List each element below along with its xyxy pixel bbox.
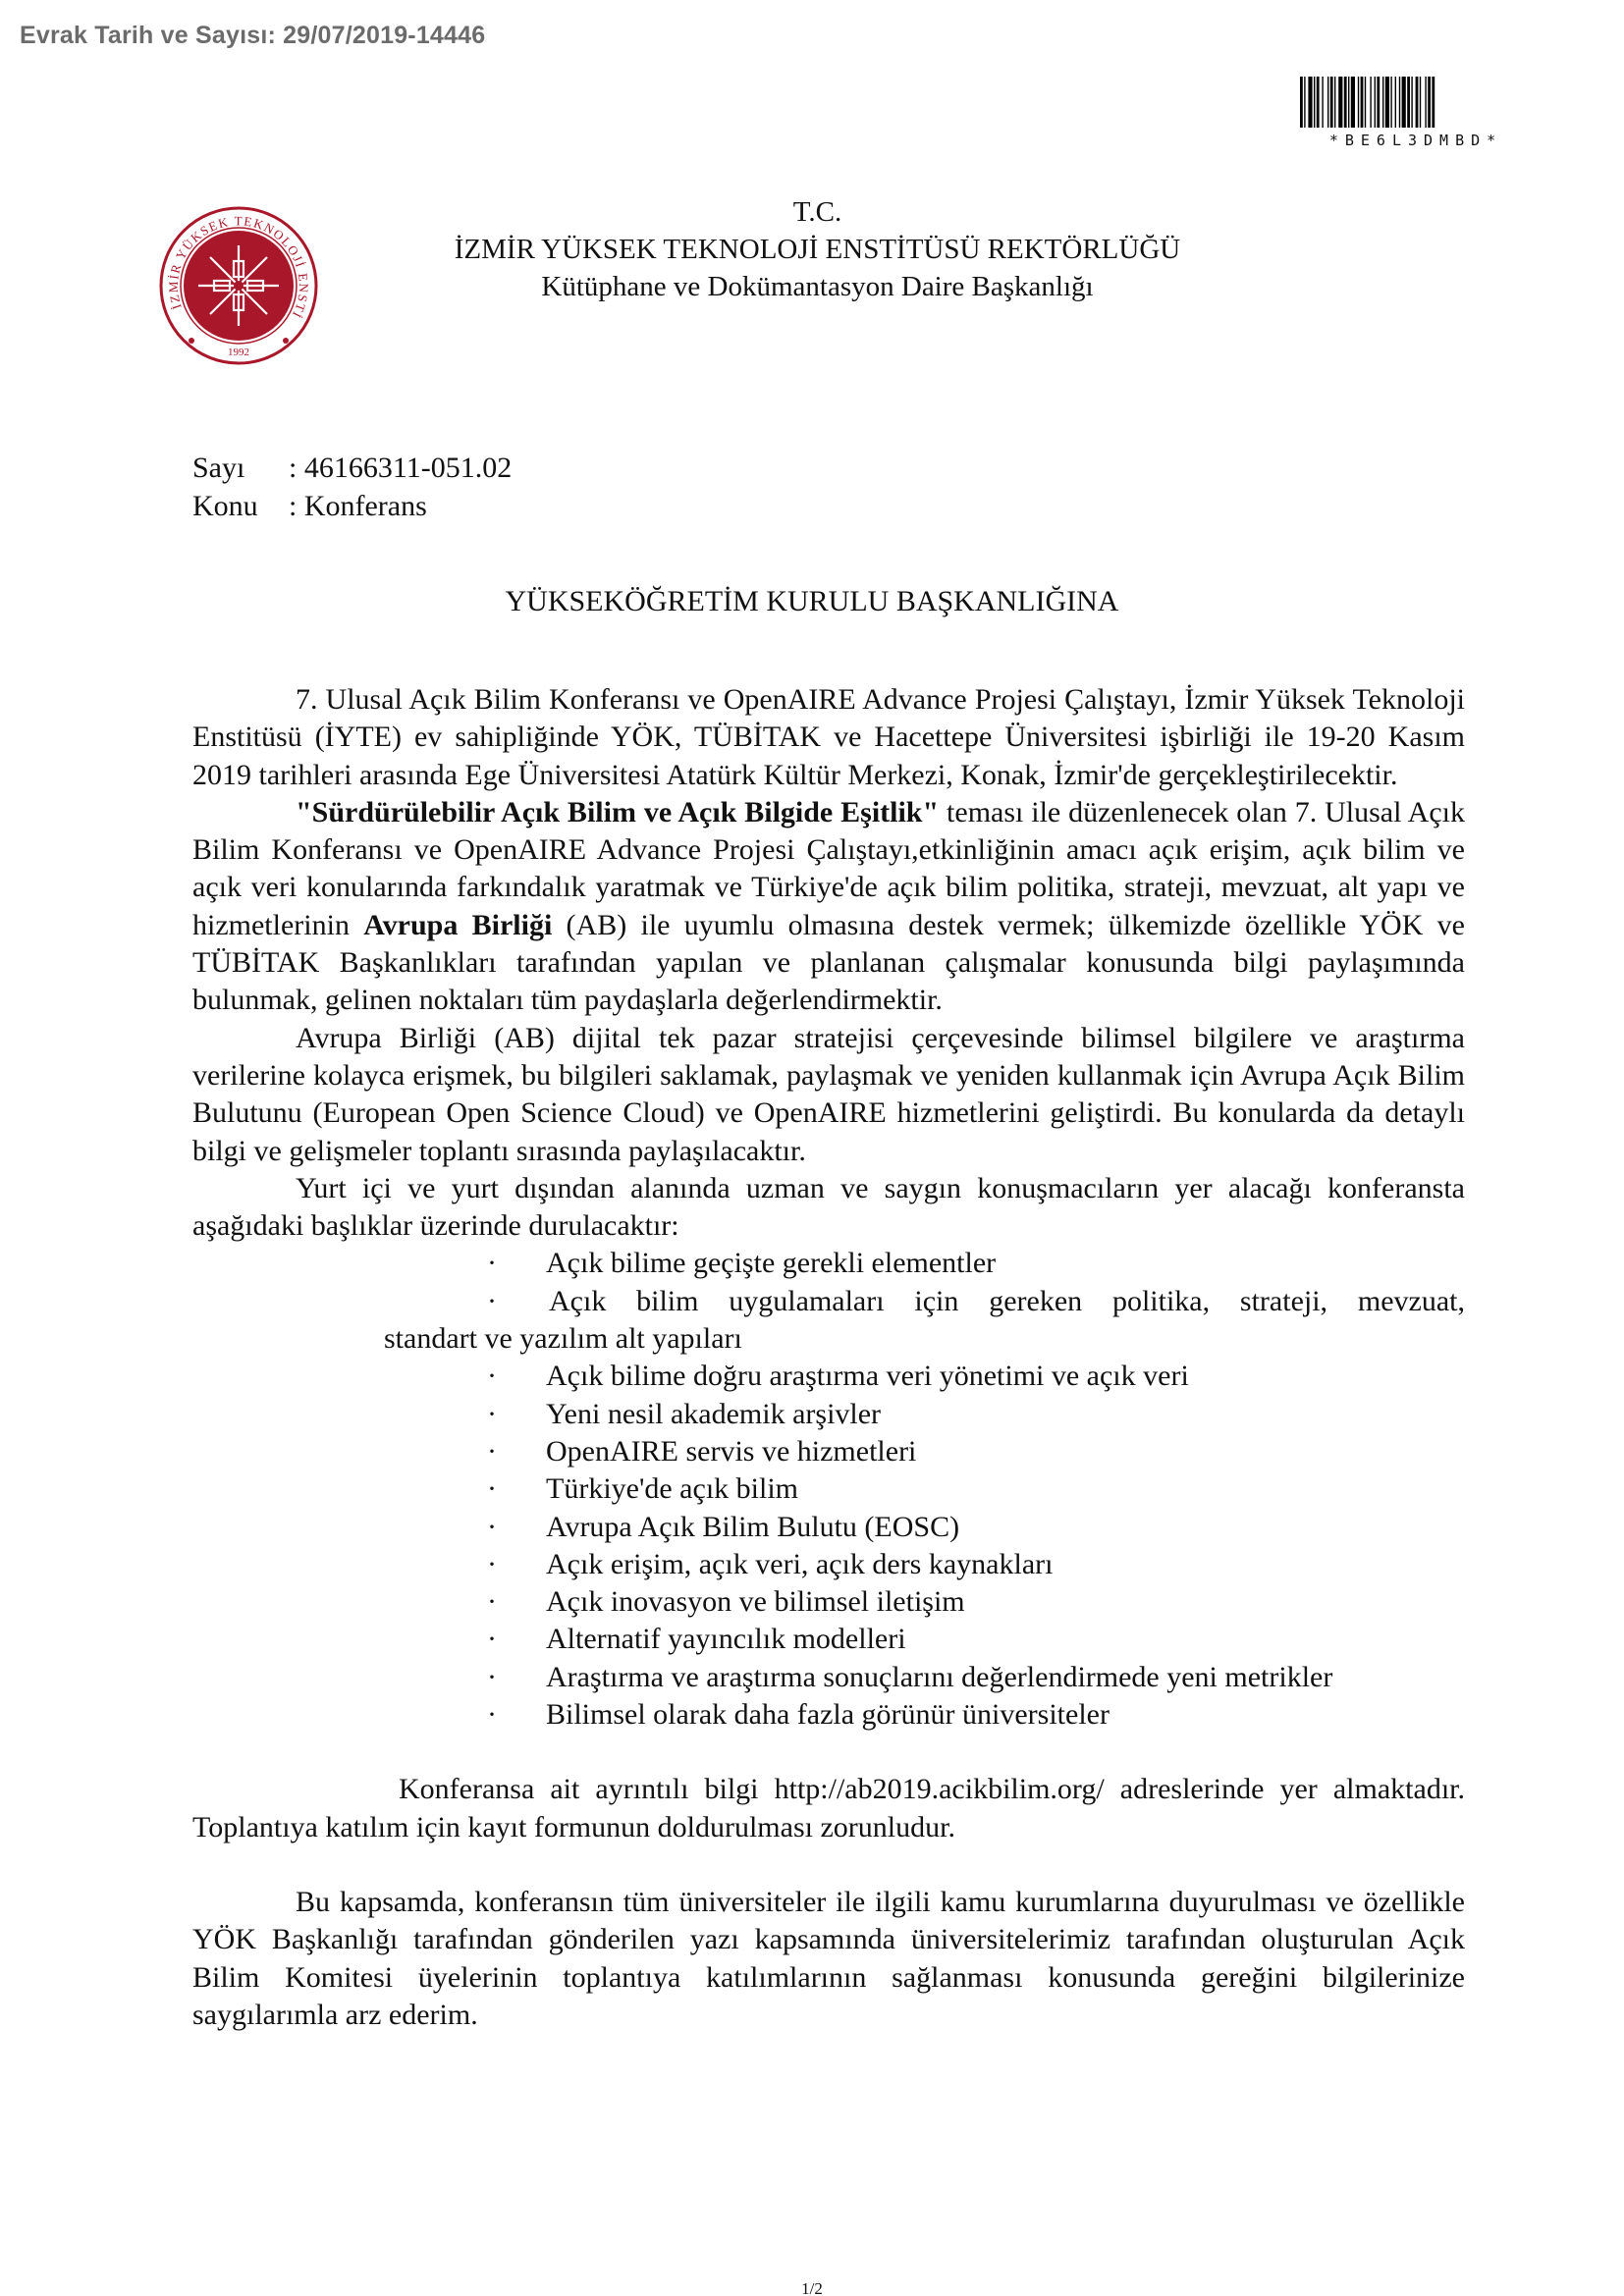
paragraph-6: Bu kapsamda, konferansın tüm üniversitel… <box>192 1884 1465 2034</box>
topic-text: OpenAIRE servis ve hizmetleri <box>546 1435 916 1468</box>
svg-text:1992: 1992 <box>228 347 249 358</box>
topic-item: ·Avrupa Açık Bilim Bulutu (EOSC) <box>487 1509 1465 1546</box>
bullet-icon: · <box>487 1546 497 1583</box>
paragraph-2: "Sürdürülebilir Açık Bilim ve Açık Bilgi… <box>192 794 1465 1020</box>
topic-text: Açık bilime doğru araştırma veri yönetim… <box>546 1360 1189 1392</box>
topic-text: Açık bilime geçişte gerekli elementler <box>546 1247 996 1279</box>
topic-item: ·Açık inovasyon ve bilimsel iletişim <box>487 1583 1465 1621</box>
page-number: 1/2 <box>0 2279 1624 2296</box>
bullet-icon: · <box>487 1433 497 1470</box>
topic-item: ·Açık bilim uygulamaları için gereken po… <box>384 1283 1465 1359</box>
bullet-icon: · <box>487 1245 497 1282</box>
document-date-number-stamp: Evrak Tarih ve Sayısı: 29/07/2019-14446 <box>20 22 485 50</box>
eu-emphasis: Avrupa Birliği <box>363 909 552 941</box>
university-seal-icon: İZMİR YÜKSEK TEKNOLOJİ ENSTİTÜSÜ 1992 <box>159 206 318 365</box>
topic-text: Açık inovasyon ve bilimsel iletişim <box>546 1585 965 1618</box>
meta-number-value: : 46166311-051.02 <box>289 452 512 484</box>
topic-item: ·Açık erişim, açık veri, açık ders kayna… <box>487 1546 1465 1583</box>
topic-item: ·Bilimsel olarak daha fazla görünür üniv… <box>487 1696 1465 1734</box>
letter-body: 7. Ulusal Açık Bilim Konferansı ve OpenA… <box>192 681 1465 2034</box>
bullet-icon: · <box>487 1470 497 1508</box>
barcode-icon <box>1298 77 1534 132</box>
header-institution: İZMİR YÜKSEK TEKNOLOJİ ENSTİTÜSÜ REKTÖRL… <box>353 231 1281 268</box>
topic-text: Alternatif yayıncılık modelleri <box>546 1623 906 1655</box>
topic-text: Avrupa Açık Bilim Bulutu (EOSC) <box>546 1511 959 1543</box>
topic-text: Araştırma ve araştırma sonuçlarını değer… <box>546 1661 1332 1693</box>
addressee: YÜKSEKÖĞRETİM KURULU BAŞKANLIĞINA <box>0 585 1624 618</box>
paragraph-5: Konferansa ait ayrıntılı bilgi http://ab… <box>192 1771 1465 1846</box>
paragraph-1: 7. Ulusal Açık Bilim Konferansı ve OpenA… <box>192 681 1465 794</box>
topic-item: ·Araştırma ve araştırma sonuçlarını değe… <box>487 1659 1465 1696</box>
topic-text: Açık erişim, açık veri, açık ders kaynak… <box>546 1548 1053 1580</box>
document-meta: Sayı: 46166311-051.02 Konu: Konferans <box>192 449 512 525</box>
bullet-icon: · <box>487 1396 497 1433</box>
meta-subject-label: Konu <box>192 487 289 525</box>
conference-url-link[interactable]: http://ab2019.acikbilim.org/ <box>775 1773 1105 1805</box>
topic-text: Bilimsel olarak daha fazla görünür ünive… <box>546 1698 1110 1731</box>
bullet-icon: · <box>487 1696 497 1734</box>
header-department: Kütüphane ve Dokümantasyon Daire Başkanl… <box>353 268 1281 305</box>
bullet-icon: · <box>487 1509 497 1546</box>
meta-number-label: Sayı <box>192 449 289 487</box>
bullet-icon: · <box>487 1583 497 1621</box>
header-tc: T.C. <box>353 193 1281 231</box>
topic-item: ·Türkiye'de açık bilim <box>487 1470 1465 1508</box>
topic-item: ·Alternatif yayıncılık modelleri <box>487 1621 1465 1658</box>
topic-text-continuation: standart ve yazılım alt yapıları <box>384 1322 742 1355</box>
paragraph-4: Yurt içi ve yurt dışından alanında uzman… <box>192 1170 1465 1246</box>
letterhead: T.C. İZMİR YÜKSEK TEKNOLOJİ ENSTİTÜSÜ RE… <box>353 193 1281 305</box>
meta-subject-row: Konu: Konferans <box>192 487 512 525</box>
barcode: *BE6L3DMBD* <box>1298 77 1534 147</box>
topic-item: ·Açık bilime doğru araştırma veri yöneti… <box>487 1358 1465 1395</box>
topic-item: ·OpenAIRE servis ve hizmetleri <box>487 1433 1465 1470</box>
bullet-icon: · <box>487 1621 497 1658</box>
theme-title: "Sürdürülebilir Açık Bilim ve Açık Bilgi… <box>296 796 939 828</box>
topic-text: Açık bilim uygulamaları için gereken pol… <box>549 1285 1465 1317</box>
bullet-icon: · <box>487 1283 497 1320</box>
topic-text: Türkiye'de açık bilim <box>546 1472 798 1505</box>
bullet-icon: · <box>487 1358 497 1395</box>
meta-subject-value: : Konferans <box>289 490 427 522</box>
meta-number-row: Sayı: 46166311-051.02 <box>192 449 512 487</box>
topic-item: ·Açık bilime geçişte gerekli elementler <box>487 1245 1465 1282</box>
topics-list: ·Açık bilime geçişte gerekli elementler·… <box>192 1245 1465 1734</box>
topic-item: ·Yeni nesil akademik arşivler <box>487 1396 1465 1433</box>
paragraph-3: Avrupa Birliği (AB) dijital tek pazar st… <box>192 1020 1465 1170</box>
barcode-text: *BE6L3DMBD* <box>1298 132 1534 149</box>
topic-text: Yeni nesil akademik arşivler <box>546 1398 881 1430</box>
paragraph-5-text-a: Konferansa ait ayrıntılı bilgi <box>399 1773 775 1805</box>
bullet-icon: · <box>487 1659 497 1696</box>
